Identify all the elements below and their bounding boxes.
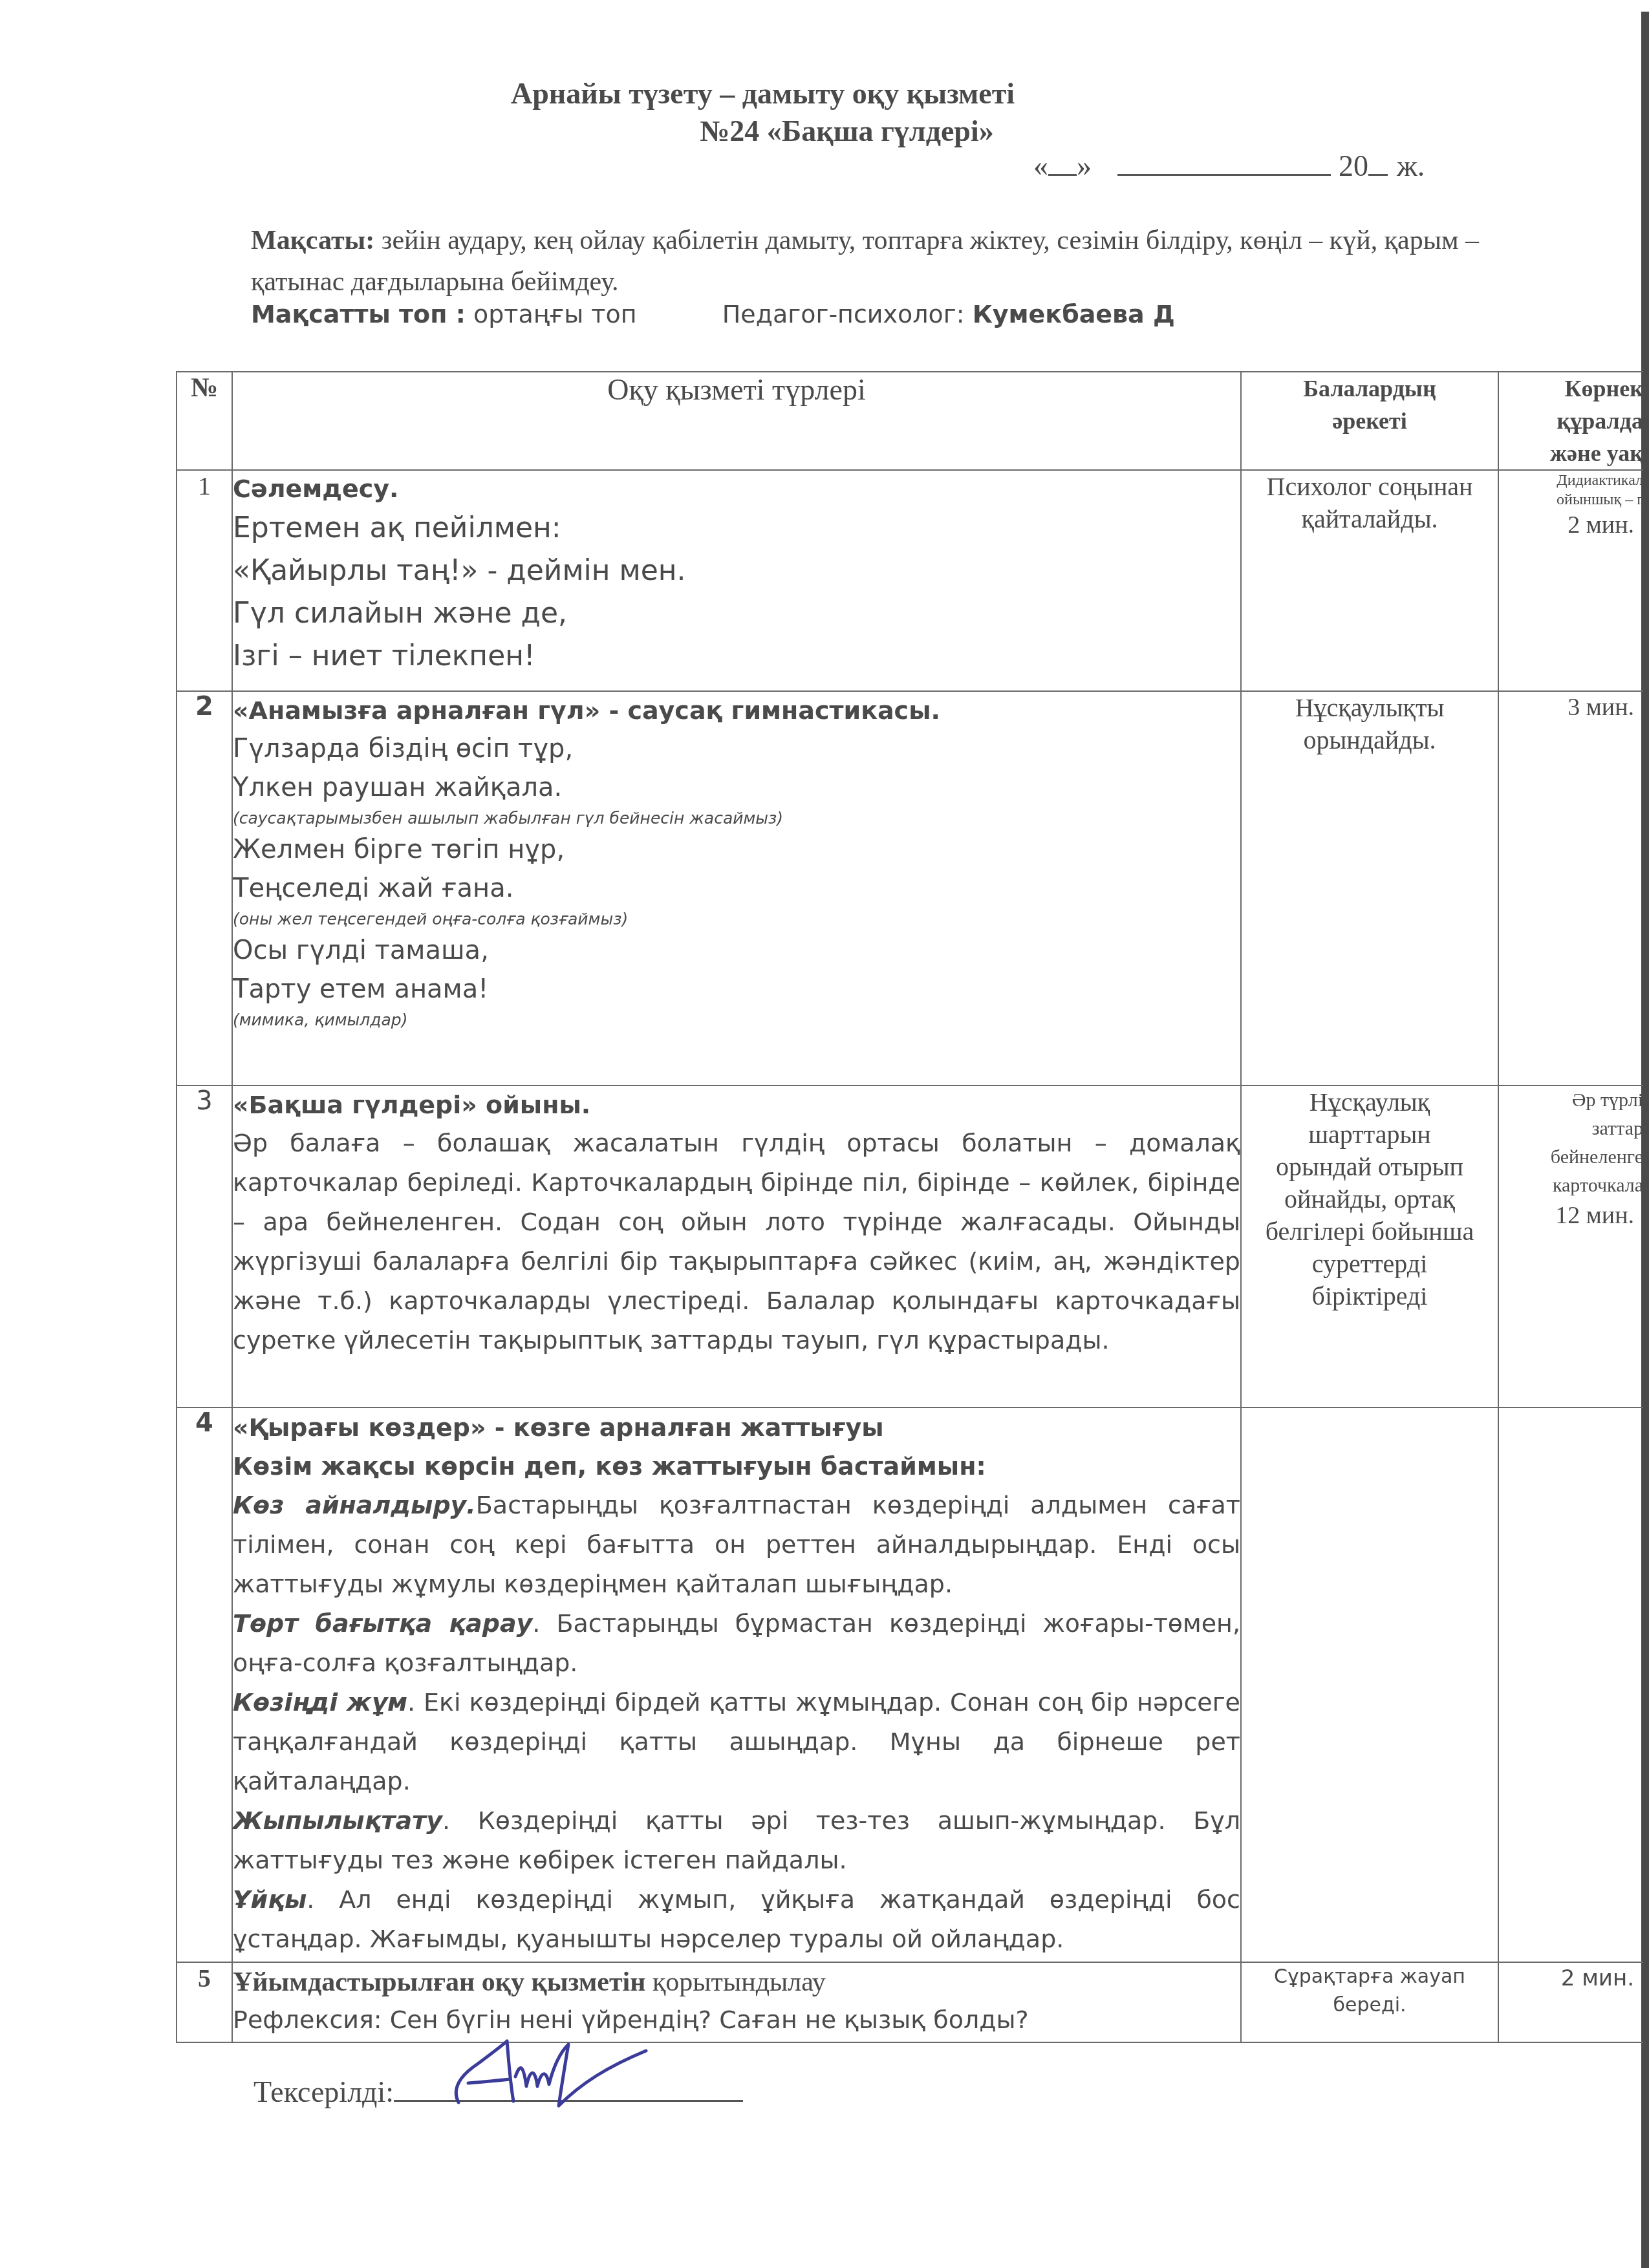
exercise: Көзіңді жұм. Екі көздеріңді бірдей қатты… bbox=[233, 1683, 1240, 1801]
date-field: «»20ж. bbox=[1033, 149, 1425, 183]
activity-cell: Сәлемдесу. Ертемен ақ пейілмен: «Қайырлы… bbox=[232, 470, 1241, 691]
exercise: Ұйқы. Ал енді көздеріңді жұмып, ұйқыға ж… bbox=[233, 1880, 1240, 1959]
lesson-title: №24 «Бақша гүлдері» bbox=[700, 114, 994, 148]
lesson-plan-table: № Оқу қызметі түрлері Балалардың әрекеті… bbox=[176, 371, 1643, 2043]
resources-cell: Дидиактикал ойыншық – г 2 мин. bbox=[1498, 470, 1643, 691]
psychologist-label: Педагог-психолог: bbox=[722, 300, 973, 328]
activity-cell: «Анамызға арналған гүл» - саусақ гимнаст… bbox=[232, 691, 1241, 1086]
table-header-row: № Оқу қызметі түрлері Балалардың әрекеті… bbox=[177, 372, 1643, 470]
stage-direction: (саусақтарымызбен ашылып жабылған гүл бе… bbox=[233, 807, 1240, 830]
goal-label: Мақсаты: bbox=[251, 226, 374, 255]
exercise: Төрт бағытқа қарау. Бастарыңды бұрмастан… bbox=[233, 1604, 1240, 1683]
exercise: Жыпылықтату. Көздеріңді қатты әрі тез-те… bbox=[233, 1801, 1240, 1880]
activity-title: Ұйымдастырылған оқу қызметін қорытындыла… bbox=[233, 1963, 1240, 2002]
duration: 2 мин. bbox=[1499, 1963, 1643, 1994]
activity-subtitle: Көзім жақсы көрсін деп, көз жаттығуын ба… bbox=[233, 1447, 1240, 1486]
document-title: Арнайы түзету – дамыту оқу қызметі bbox=[511, 76, 1015, 111]
row-number: 3 bbox=[177, 1086, 232, 1407]
children-action-cell: Психолог соңынан қайталайды. bbox=[1241, 470, 1498, 691]
exercise: Көз айналдыру.Бастарыңды қозғалтпастан к… bbox=[233, 1486, 1240, 1604]
checked-by: Тексерілді: bbox=[253, 2074, 743, 2109]
psychologist-name: Кумекбаева Д bbox=[973, 300, 1175, 328]
activity-title: «Бақша гүлдері» ойыны. bbox=[233, 1086, 1240, 1124]
resources-cell bbox=[1498, 1407, 1643, 1962]
header-resources-time: Көрнек құралда және уақ bbox=[1498, 372, 1643, 470]
children-action-cell: Нұсқаулықты орындайды. bbox=[1241, 691, 1498, 1086]
activity-title: «Қырағы көздер» - көзге арналған жаттығу… bbox=[233, 1408, 1240, 1447]
row-number: 5 bbox=[177, 1962, 232, 2042]
activity-cell: «Бақша гүлдері» ойыны. Әр балаға – болаш… bbox=[232, 1086, 1241, 1407]
reflection-text: Рефлексия: Сен бүгін нені үйрендің? Саға… bbox=[233, 2002, 1240, 2038]
children-action-cell: Нұсқаулық шарттарын орындай отырып ойнай… bbox=[1241, 1086, 1498, 1407]
table-row: 4 «Қырағы көздер» - көзге арналған жатты… bbox=[177, 1407, 1643, 1962]
row-number: 2 bbox=[177, 691, 232, 1086]
target-group-value: ортаңғы топ bbox=[466, 300, 637, 328]
target-group-label: Мақсатты топ : bbox=[251, 300, 466, 328]
lesson-goal: Мақсаты: зейін аудару, кең ойлау қабілет… bbox=[251, 220, 1499, 303]
resources-cell: 3 мин. bbox=[1498, 691, 1643, 1086]
target-group: Мақсатты топ : ортаңғы топ Педагог-психо… bbox=[251, 300, 1499, 328]
activity-title: «Анамызға арналған гүл» - саусақ гимнаст… bbox=[233, 692, 1240, 729]
activity-title: Сәлемдесу. bbox=[233, 471, 1240, 507]
header-activity-types: Оқу қызметі түрлері bbox=[232, 372, 1241, 470]
month-blank bbox=[1117, 155, 1331, 176]
table-row: 5 Ұйымдастырылған оқу қызметін қорытынды… bbox=[177, 1962, 1643, 2042]
checked-label: Тексерілді: bbox=[253, 2075, 394, 2108]
row-number: 4 bbox=[177, 1407, 232, 1962]
resources-cell: 2 мин. bbox=[1498, 1962, 1643, 2042]
duration: 2 мин. bbox=[1499, 509, 1643, 540]
table-row: 1 Сәлемдесу. Ертемен ақ пейілмен: «Қайыр… bbox=[177, 470, 1643, 691]
stage-direction: (мимика, қимылдар) bbox=[233, 1009, 1240, 1032]
children-action-cell bbox=[1241, 1407, 1498, 1962]
row-number: 1 bbox=[177, 470, 232, 691]
goal-text: зейін аудару, кең ойлау қабілетін дамыту… bbox=[251, 226, 1479, 297]
signature-line bbox=[394, 2074, 743, 2102]
duration: 3 мин. bbox=[1499, 692, 1643, 723]
table-row: 3 «Бақша гүлдері» ойыны. Әр балаға – бол… bbox=[177, 1086, 1643, 1407]
children-action-cell: Сұрақтарға жауап береді. bbox=[1241, 1962, 1498, 2042]
header-children-action: Балалардың әрекеті bbox=[1241, 372, 1498, 470]
signature-icon bbox=[433, 2038, 652, 2109]
activity-cell: «Қырағы көздер» - көзге арналған жаттығу… bbox=[232, 1407, 1241, 1962]
resources-cell: Әр түрлі заттар бейнеленге карточкала 12… bbox=[1498, 1086, 1643, 1407]
activity-description: Әр балаға – болашақ жасалатын гүлдің орт… bbox=[233, 1124, 1240, 1360]
duration: 12 мин. bbox=[1499, 1200, 1643, 1231]
table-row: 2 «Анамызға арналған гүл» - саусақ гимна… bbox=[177, 691, 1643, 1086]
day-blank bbox=[1048, 155, 1077, 176]
header-number: № bbox=[177, 372, 232, 470]
activity-cell: Ұйымдастырылған оқу қызметін қорытындыла… bbox=[232, 1962, 1241, 2042]
stage-direction: (оны жел теңсегендей оңға-солға қозғаймы… bbox=[233, 908, 1240, 931]
year-blank bbox=[1368, 155, 1388, 176]
